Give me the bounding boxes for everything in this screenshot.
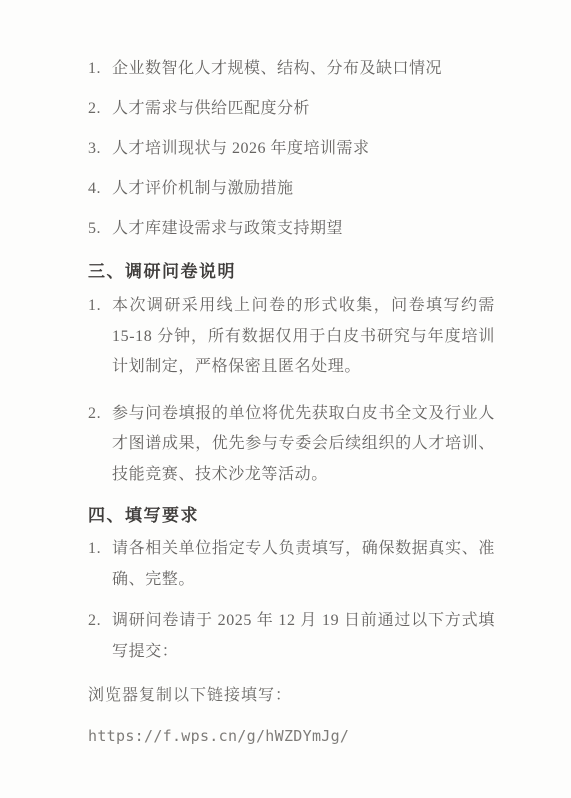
paragraph-number: 1. [88, 291, 112, 383]
paragraph-number: 2. [88, 606, 112, 667]
list-item-text: 人才评价机制与激励措施 [112, 174, 495, 204]
paragraph: 2. 参与问卷填报的单位将优先获取白皮书全文及行业人才图谱成果，优先参与专委会后… [88, 399, 495, 491]
paragraph-number: 2. [88, 399, 112, 491]
list-item: 1. 企业数智化人才规模、结构、分布及缺口情况 [88, 54, 495, 84]
paragraph-text: 参与问卷填报的单位将优先获取白皮书全文及行业人才图谱成果，优先参与专委会后续组织… [112, 399, 495, 491]
list-item-text: 企业数智化人才规模、结构、分布及缺口情况 [112, 54, 495, 84]
list-item-number: 1. [88, 54, 112, 84]
list-item: 3. 人才培训现状与 2026 年度培训需求 [88, 134, 495, 164]
paragraph-number: 1. [88, 534, 112, 595]
list-item: 4. 人才评价机制与激励措施 [88, 174, 495, 204]
browser-copy-note: 浏览器复制以下链接填写： [88, 681, 495, 711]
list-item-text: 人才库建设需求与政策支持期望 [112, 214, 495, 244]
paragraph: 1. 本次调研采用线上问卷的形式收集，问卷填写约需 15-18 分钟，所有数据仅… [88, 291, 495, 383]
list-item-number: 4. [88, 174, 112, 204]
list-item-number: 2. [88, 94, 112, 124]
list-item-text: 人才需求与供给匹配度分析 [112, 94, 495, 124]
section-heading-survey-notes: 三、调研问卷说明 [88, 257, 495, 287]
paragraph-text: 请各相关单位指定专人负责填写，确保数据真实、准确、完整。 [112, 534, 495, 595]
list-item-number: 3. [88, 134, 112, 164]
section-heading-fill-requirements: 四、填写要求 [88, 501, 495, 531]
list-item-number: 5. [88, 214, 112, 244]
survey-url: https://f.wps.cn/g/hWZDYmJg/ [88, 722, 495, 750]
paragraph: 2. 调研问卷请于 2025 年 12 月 19 日前通过以下方式填写提交： [88, 606, 495, 667]
paragraph-text: 本次调研采用线上问卷的形式收集，问卷填写约需 15-18 分钟，所有数据仅用于白… [112, 291, 495, 383]
list-item-text: 人才培训现状与 2026 年度培训需求 [112, 134, 495, 164]
section-survey-notes: 1. 本次调研采用线上问卷的形式收集，问卷填写约需 15-18 分钟，所有数据仅… [88, 291, 495, 490]
paragraph-text: 调研问卷请于 2025 年 12 月 19 日前通过以下方式填写提交： [112, 606, 495, 667]
scanned-document-page: 1. 企业数智化人才规模、结构、分布及缺口情况 2. 人才需求与供给匹配度分析 … [0, 0, 571, 798]
paragraph: 1. 请各相关单位指定专人负责填写，确保数据真实、准确、完整。 [88, 534, 495, 595]
list-item: 5. 人才库建设需求与政策支持期望 [88, 214, 495, 244]
list-item: 2. 人才需求与供给匹配度分析 [88, 94, 495, 124]
section-fill-requirements: 1. 请各相关单位指定专人负责填写，确保数据真实、准确、完整。 2. 调研问卷请… [88, 534, 495, 667]
survey-topics-list: 1. 企业数智化人才规模、结构、分布及缺口情况 2. 人才需求与供给匹配度分析 … [88, 54, 495, 244]
document-content: 1. 企业数智化人才规模、结构、分布及缺口情况 2. 人才需求与供给匹配度分析 … [0, 0, 571, 750]
